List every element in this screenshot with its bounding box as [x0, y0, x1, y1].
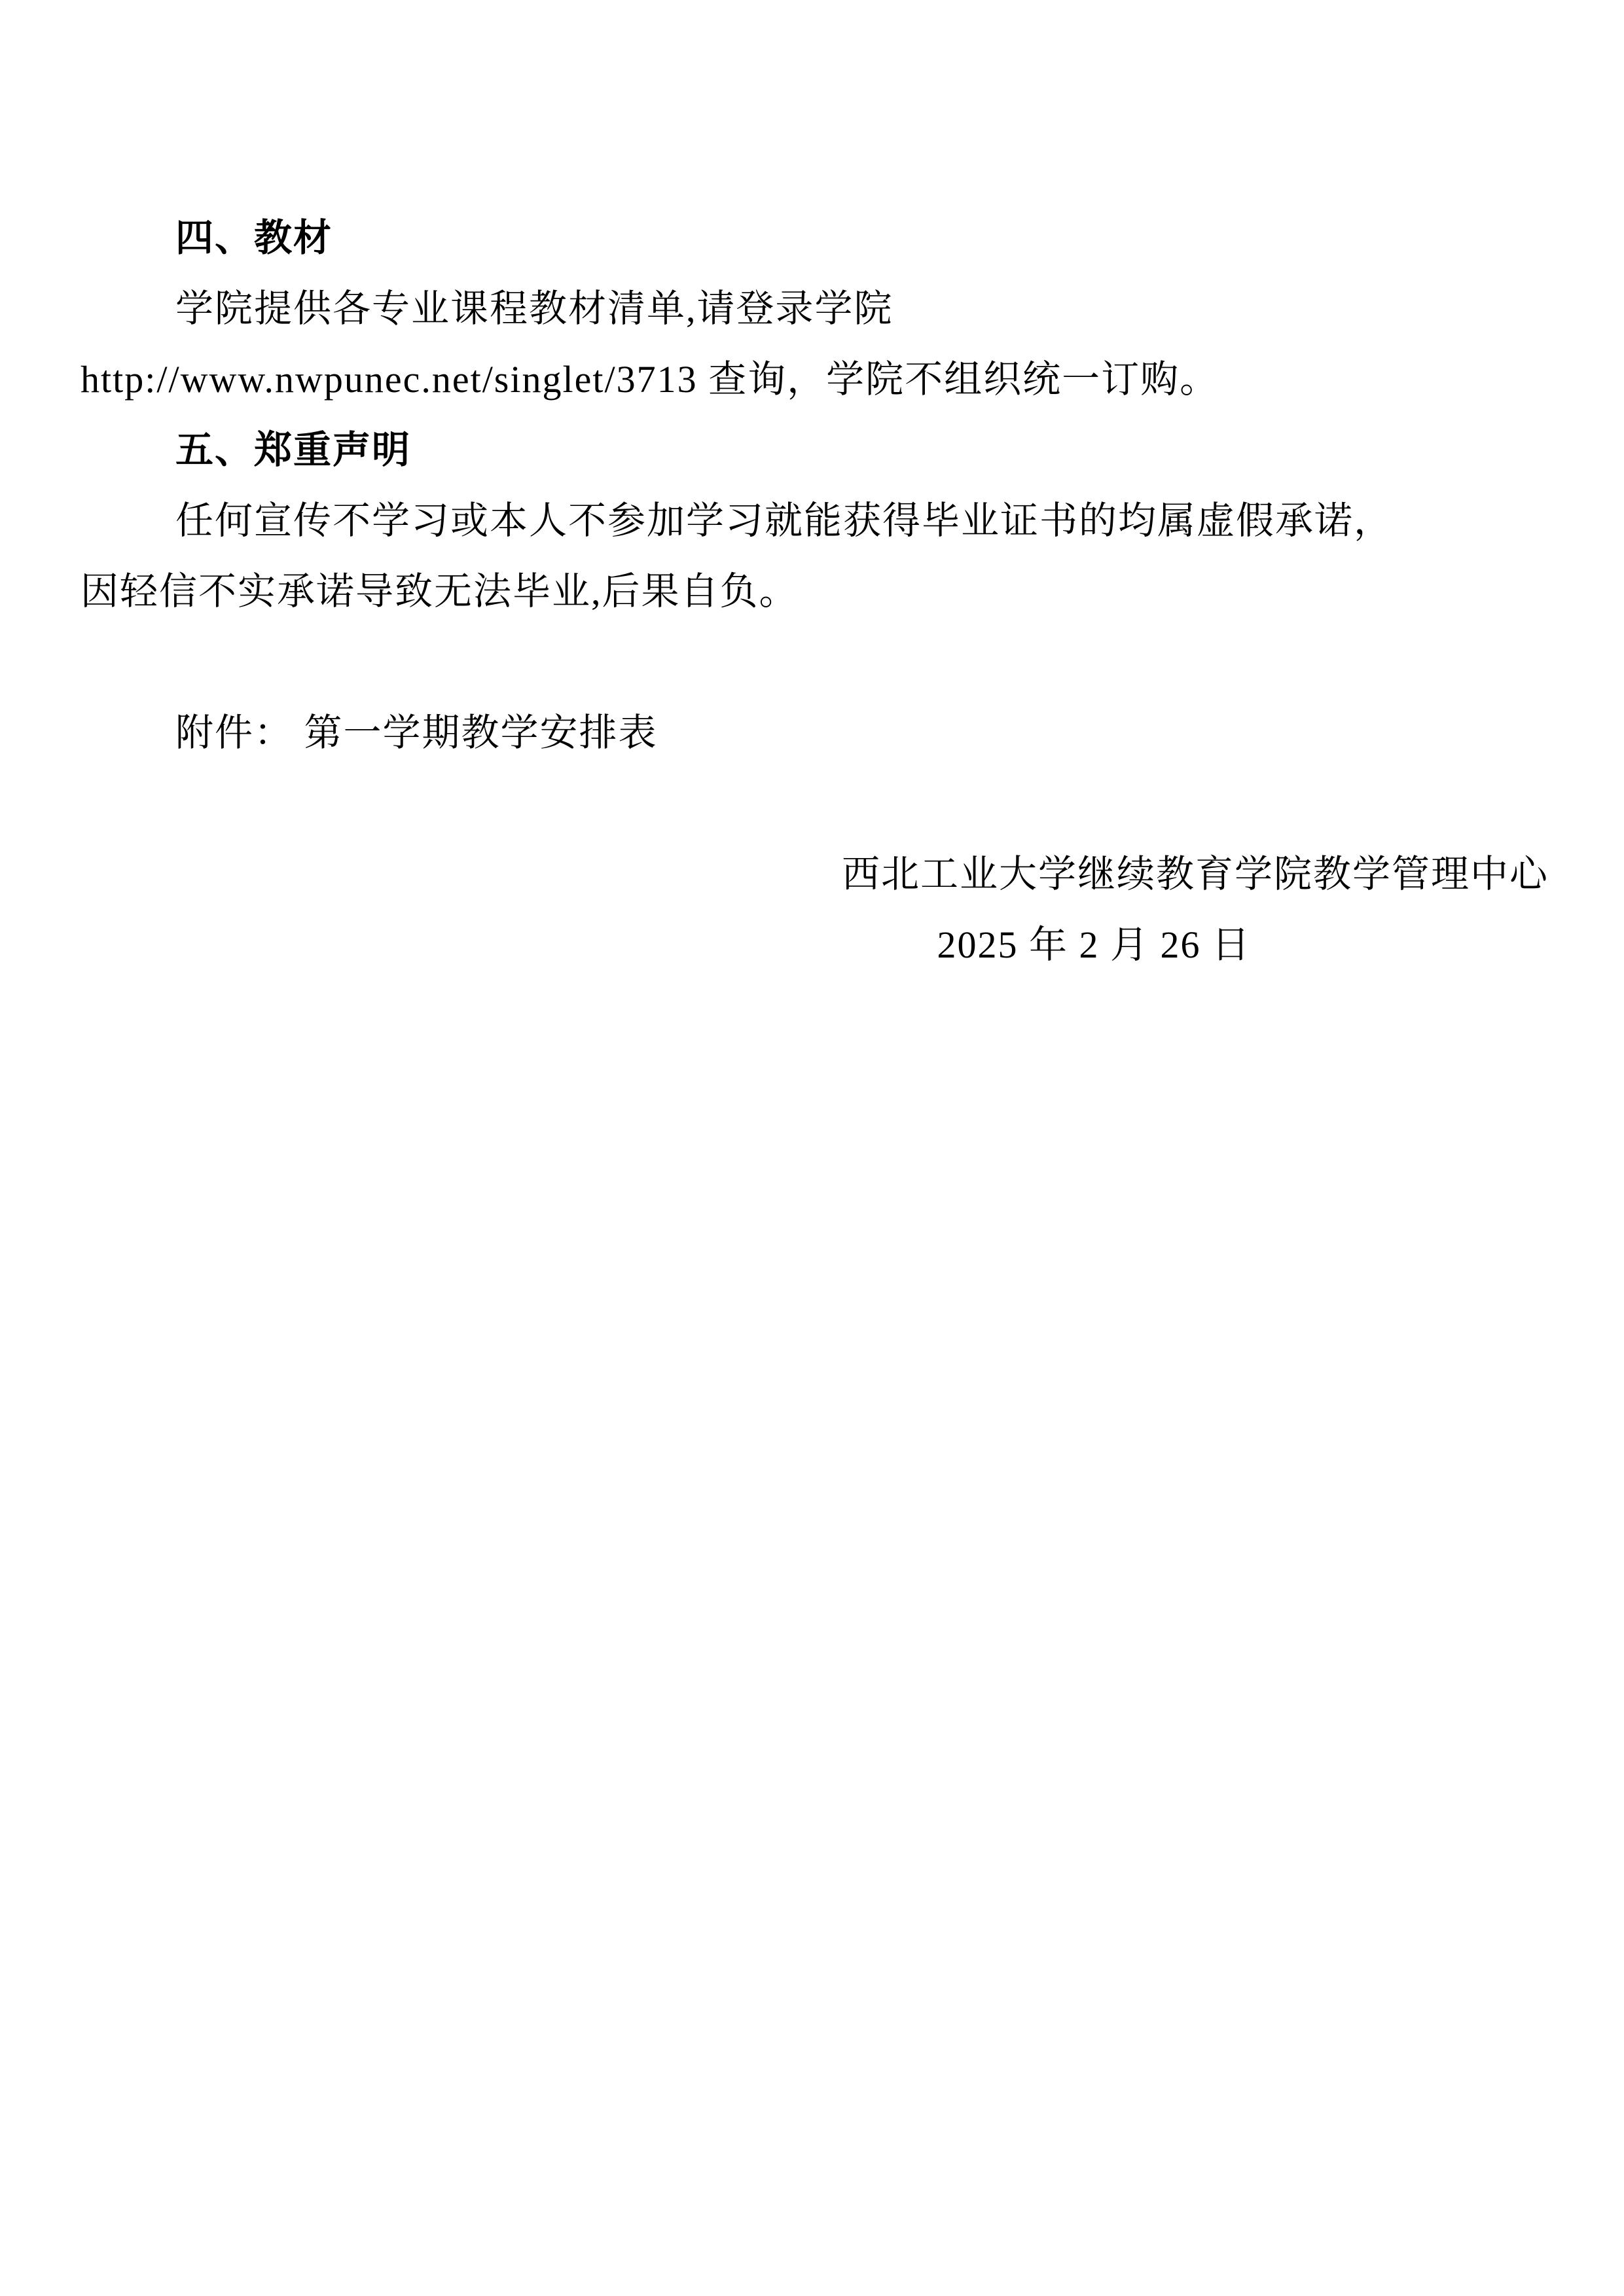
signature-date: 2025 年 2 月 26 日	[81, 910, 1549, 980]
document-body: 四、教材 学院提供各专业课程教材清单,请登录学院 http://www.nwpu…	[81, 203, 1549, 980]
document-page: 四、教材 学院提供各专业课程教材清单,请登录学院 http://www.nwpu…	[0, 0, 1624, 2296]
signature-organization: 西北工业大学继续教育学院教学管理中心	[81, 839, 1549, 910]
section5-heading: 五、郑重声明	[81, 415, 1549, 486]
section4-heading: 四、教材	[81, 203, 1549, 274]
section5-paragraph-line2: 因轻信不实承诺导致无法毕业,后果自负。	[81, 556, 1549, 627]
section4-paragraph-line2-url: http://www.nwpunec.net/singlet/3713 查询，学…	[81, 344, 1549, 415]
blank-line	[81, 627, 1549, 698]
blank-line	[81, 768, 1549, 839]
section4-paragraph-line1: 学院提供各专业课程教材清单,请登录学院	[81, 274, 1549, 344]
section5-paragraph-line1: 任何宣传不学习或本人不参加学习就能获得毕业证书的均属虚假承诺，	[81, 486, 1549, 556]
attachment-note: 附件： 第一学期教学安排表	[81, 698, 1549, 768]
